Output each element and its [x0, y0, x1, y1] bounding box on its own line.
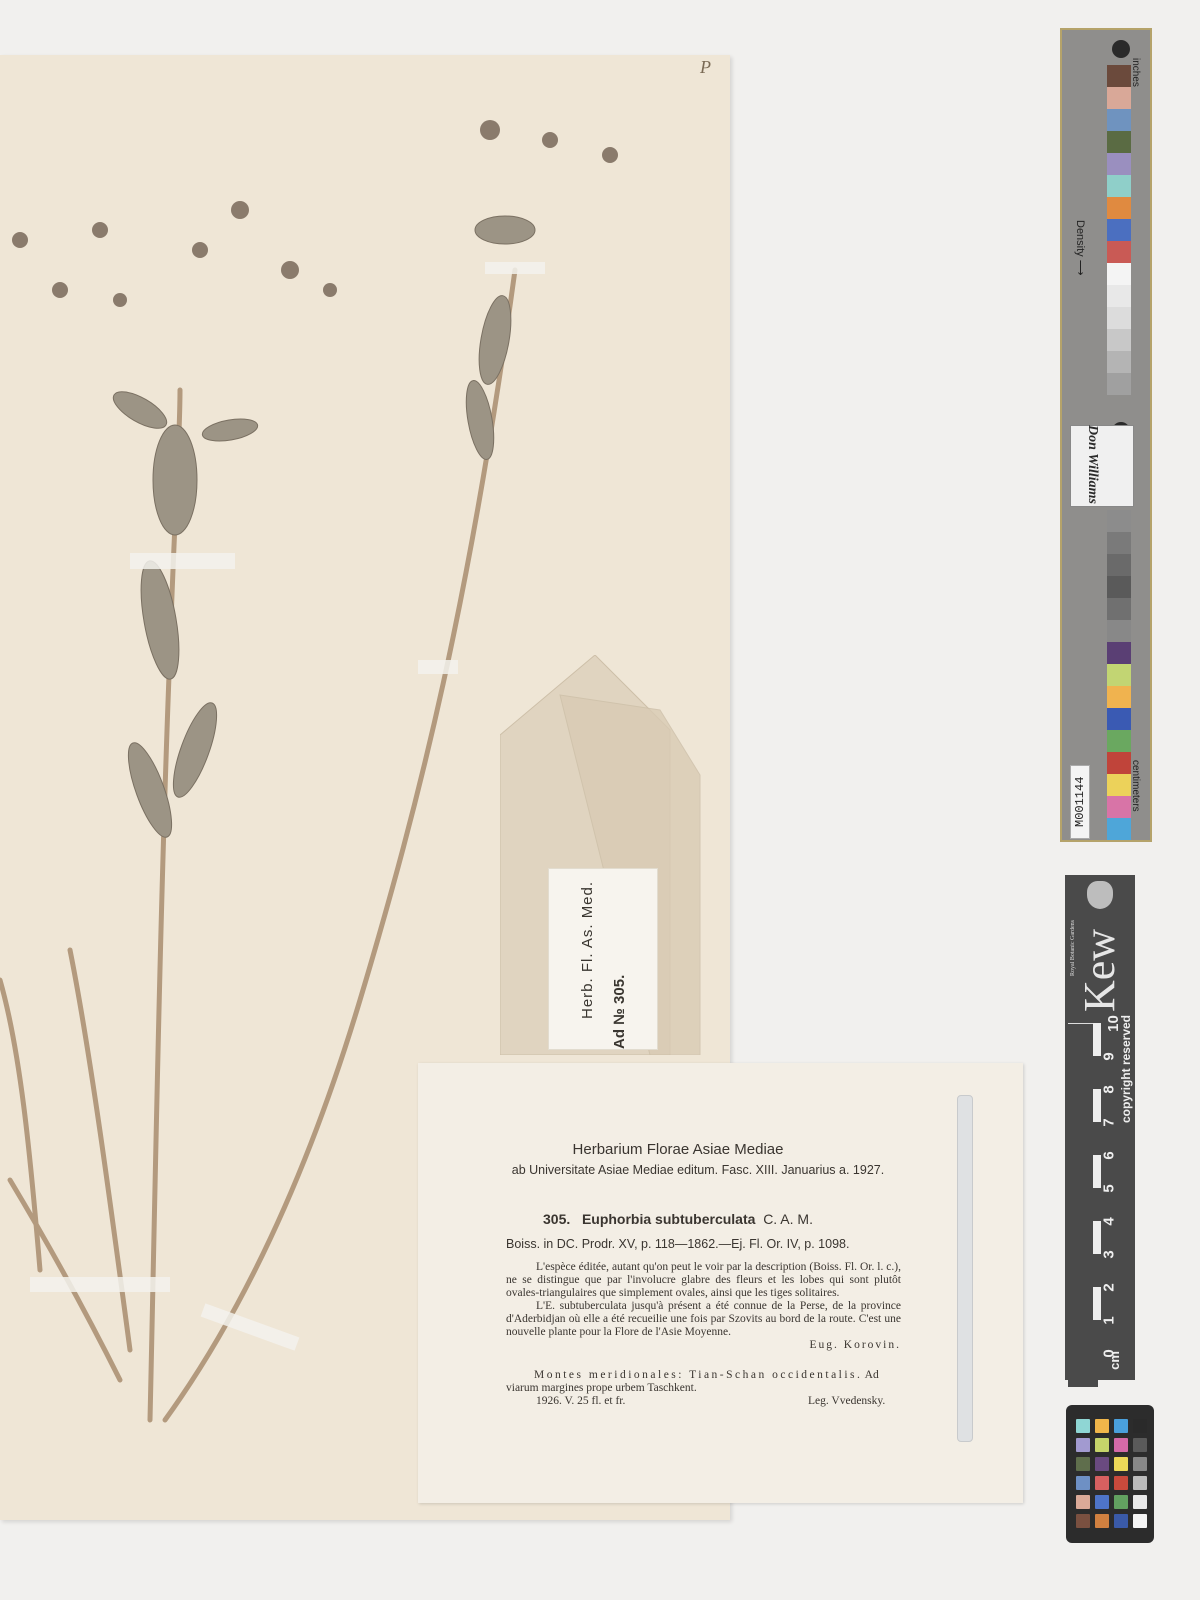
checker-patch	[1095, 1438, 1109, 1452]
scale-number: 4	[1101, 1217, 1118, 1225]
centimeters-label: centimeters	[1130, 760, 1141, 812]
ruler-brand: Don Williams	[1072, 425, 1100, 505]
gray-swatch	[1107, 373, 1131, 395]
color-swatch	[1107, 241, 1131, 263]
color-swatch	[1107, 796, 1131, 818]
collection-date: 1926. V. 25 fl. et fr.	[536, 1395, 625, 1407]
checker-patch	[1076, 1438, 1090, 1452]
density-label: Density ⟶	[1074, 220, 1087, 276]
scale-number: 3	[1101, 1250, 1118, 1258]
checker-patch	[1076, 1514, 1090, 1528]
checker-patch	[1133, 1495, 1147, 1509]
description-paragraph-1: L'espèce éditée, autant qu'on peut le vo…	[506, 1261, 901, 1300]
checker-patch	[1114, 1419, 1128, 1433]
scale-number: 6	[1101, 1151, 1118, 1159]
color-swatch	[1107, 686, 1131, 708]
color-swatch	[1107, 219, 1131, 241]
checker-patch	[1076, 1419, 1090, 1433]
color-swatch	[1107, 774, 1131, 796]
checker-patch	[1133, 1476, 1147, 1490]
checker-patch	[1095, 1476, 1109, 1490]
locality-spaced: Montes meridionales: Tian-Schan occident…	[506, 1369, 862, 1381]
checker-patch	[1114, 1514, 1128, 1528]
packet-label-line2: Ad № 305.	[611, 975, 628, 1049]
gray-swatch	[1107, 620, 1131, 642]
color-swatch	[1107, 752, 1131, 774]
scale-number: 2	[1101, 1283, 1118, 1291]
scale-number: 10	[1105, 1015, 1122, 1032]
kew-logo: Kew	[1065, 915, 1135, 1025]
author-signature: Eug. Korovin.	[506, 1339, 901, 1352]
gray-swatch	[1107, 532, 1131, 554]
species-author: C. A. M.	[763, 1211, 813, 1227]
checker-patch	[1133, 1419, 1147, 1433]
checker-patch	[1114, 1457, 1128, 1471]
scale-number: 7	[1101, 1118, 1118, 1126]
punch-hole	[1112, 40, 1130, 58]
color-swatch	[1107, 197, 1131, 219]
checker-patch	[1076, 1495, 1090, 1509]
species-line: 305. Euphorbia subtuberculata C. A. M.	[418, 1211, 938, 1227]
gray-swatch	[1107, 598, 1131, 620]
species-name: Euphorbia subtuberculata	[582, 1211, 755, 1227]
color-swatch	[1107, 664, 1131, 686]
gray-swatch	[1107, 329, 1131, 351]
packet-label-line1: Herb. Fl. As. Med.	[579, 881, 596, 1019]
checker-patch	[1133, 1514, 1147, 1528]
checker-patch	[1076, 1457, 1090, 1471]
specimen-label: Herbarium Florae Asiae Mediae ab Univers…	[418, 1063, 1023, 1503]
scale-tick	[1068, 1353, 1098, 1387]
kew-scale-bar: Royal Botanic Gardens Kew copyright rese…	[1065, 875, 1135, 1380]
gray-swatch	[1107, 510, 1131, 532]
cm-scale	[1068, 1023, 1098, 1353]
color-swatch	[1107, 730, 1131, 752]
checker-patch	[1114, 1476, 1128, 1490]
scale-number: 1	[1101, 1316, 1118, 1324]
checker-patch	[1095, 1495, 1109, 1509]
scale-number: 5	[1101, 1184, 1118, 1192]
species-number: 305.	[543, 1211, 570, 1227]
gray-swatch	[1107, 554, 1131, 576]
label-title: Herbarium Florae Asiae Mediae	[418, 1141, 938, 1158]
color-swatch	[1107, 285, 1131, 307]
color-swatch	[1107, 65, 1131, 87]
checker-patch	[1076, 1476, 1090, 1490]
checker-patch	[1095, 1457, 1109, 1471]
color-swatch	[1107, 708, 1131, 730]
gray-swatch	[1107, 307, 1131, 329]
checker-patch	[1133, 1457, 1147, 1471]
color-swatch	[1107, 263, 1131, 285]
label-description: L'espèce éditée, autant qu'on peut le vo…	[506, 1261, 901, 1352]
checker-patch	[1095, 1514, 1109, 1528]
collector: Leg. Vvedensky.	[808, 1395, 885, 1407]
barcode-label: M001144	[1070, 765, 1090, 839]
color-calibration-ruler: inches Density ⟶ Don Williams M001144 ce…	[1060, 28, 1152, 842]
color-swatch	[1107, 87, 1131, 109]
literature-reference: Boiss. in DC. Prodr. XV, p. 118—1862.—Ej…	[506, 1237, 849, 1251]
locality: Montes meridionales: Tian-Schan occident…	[506, 1369, 901, 1395]
checker-patch	[1114, 1495, 1128, 1509]
checker-patch	[1095, 1419, 1109, 1433]
gray-swatch	[1107, 351, 1131, 373]
checker-patch	[1133, 1438, 1147, 1452]
color-checker	[1066, 1405, 1154, 1543]
checker-patch	[1114, 1438, 1128, 1452]
description-paragraph-2: L'E. subtuberculata jusqu'à présent a ét…	[506, 1300, 901, 1339]
color-swatch	[1107, 153, 1131, 175]
label-subtitle: ab Universitate Asiae Mediae editum. Fas…	[438, 1163, 958, 1177]
inches-label: inches	[1130, 58, 1141, 87]
scale-number: 8	[1101, 1085, 1118, 1093]
gray-swatch	[1107, 576, 1131, 598]
color-swatch	[1107, 131, 1131, 153]
color-swatch	[1107, 818, 1131, 840]
scale-number: 0	[1101, 1349, 1118, 1357]
cord-specimen	[957, 1095, 973, 1442]
scale-number: 9	[1101, 1052, 1118, 1060]
color-swatch	[1107, 175, 1131, 197]
color-swatch	[1107, 642, 1131, 664]
kew-crest-icon	[1087, 881, 1113, 909]
packet-label: Herb. Fl. As. Med. Ad № 305.	[548, 868, 658, 1050]
color-swatch	[1107, 109, 1131, 131]
